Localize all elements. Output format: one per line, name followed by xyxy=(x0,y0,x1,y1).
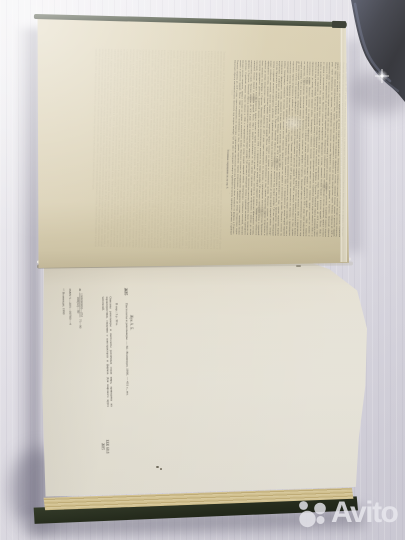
dust-speck xyxy=(156,466,159,468)
book-top-page: Типовые патроны 45 АСР в ряде стран выпу… xyxy=(36,14,349,268)
catalog-fraction: 1308000000—252 068(02)—90 xyxy=(76,293,83,318)
catalog-suffix: 75—90 xyxy=(78,319,81,328)
dark-glossy-object xyxy=(330,0,405,135)
imprint-author-mark: Ж85 xyxy=(101,443,105,450)
imprint-block: Жук А. Б. Ж85 Пистолеты и револьверы. — … xyxy=(56,288,134,472)
catalog-prefix: Ж xyxy=(78,288,81,291)
imprint-copyright-line: © Воениздат, 1990 xyxy=(61,289,65,315)
dust-speck xyxy=(296,265,301,267)
avito-dots-icon xyxy=(297,497,329,529)
avito-watermark: Avito xyxy=(297,497,397,529)
imprint-price-line: В пер.: 3 р. 30 к. xyxy=(115,303,119,326)
imprint-catalog-line: Ж 1308000000—252 068(02)—90 75—90 xyxy=(76,288,83,328)
imprint-bbk-group: ББК 68.8 Ж85 xyxy=(100,428,109,465)
book-bottom-page: Жук А. Б. Ж85 Пистолеты и револьверы. — … xyxy=(39,262,367,500)
avito-watermark-label: Avito xyxy=(331,497,397,528)
imprint-author-line: Жук А. Б. xyxy=(129,315,134,331)
imprint-text: Жук А. Б. Ж85 Пистолеты и револьверы. — … xyxy=(55,287,136,471)
object-body xyxy=(351,0,405,102)
page-last-line: Условные сокращения см. на стр. 4. xyxy=(221,138,230,200)
object-glint-core xyxy=(380,74,383,77)
imprint-index-code: Ж85 xyxy=(124,288,129,296)
catalog-numerator: 1308000000—252 xyxy=(79,293,83,318)
imprint-annotation: Описаны револьверы и пистолеты различных… xyxy=(101,296,113,407)
marketplace-photo: Жук А. Б. Ж85 Пистолеты и револьверы. — … xyxy=(0,0,405,540)
dust-speck xyxy=(160,468,162,470)
imprint-isbn-line: ISBN 5—203—00760—4 xyxy=(68,288,72,324)
showthrough-text: Типовые патроны 45 АСР в ряде стран выпу… xyxy=(66,48,226,246)
book-left-shadow xyxy=(16,28,40,516)
imprint-bbk-line: ББК 68.8 xyxy=(105,440,109,454)
